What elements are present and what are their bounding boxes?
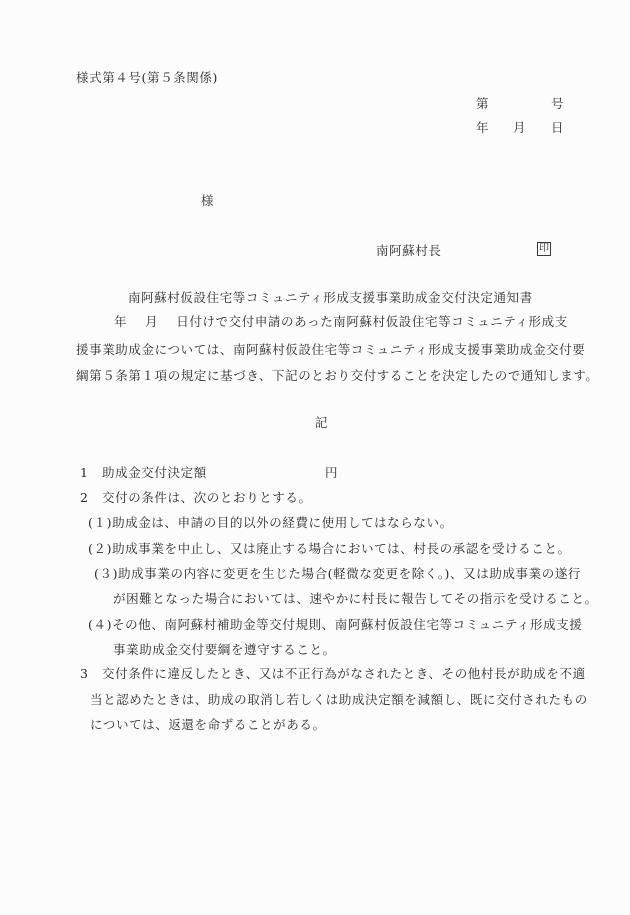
item-3-text-2: 当と認めたときは、助成の取消し若しくは助成決定額を減額し、既に交付されたもの	[90, 694, 588, 707]
condition-2-label: (２)	[88, 541, 112, 556]
condition-4-text-1: その他、南阿蘇村補助金等交付規則、南阿蘇村仮設住宅等コミュニティ形成支援	[112, 617, 582, 632]
ref-number-suffix: 号	[551, 98, 564, 111]
item-3-text-3: については、返還を命ずることがある。	[90, 719, 326, 732]
ki-heading: 記	[315, 417, 328, 430]
condition-2-text: 助成事業を中止し、又は廃止する場合においては、村長の承認を受けること。	[112, 541, 571, 556]
body-date-month: 月	[145, 314, 158, 329]
condition-3-text-2: が困難となった場合においては、速やかに村長に報告してその指示を受けること。	[113, 593, 598, 606]
condition-2: (２)助成事業を中止し、又は廃止する場合においては、村長の承認を受けること。	[88, 543, 571, 556]
item-2-text: 交付の条件は、次のとおりとする。	[102, 492, 312, 505]
condition-3-text-1: 助成事業の内容に変更を生じた場合(軽微な変更を除く。)、又は助成事業の遂行	[118, 566, 581, 581]
date-month: 月	[513, 122, 526, 135]
item-1-unit: 円	[325, 467, 338, 480]
date-day: 日	[551, 122, 564, 135]
condition-4-label: (４)	[88, 617, 112, 632]
seal-icon: 印	[537, 242, 551, 256]
item-2-number: 2	[80, 492, 89, 505]
document-title: 南阿蘇村仮設住宅等コミュニティ形成支援事業助成金交付決定通知書	[128, 292, 533, 305]
body-line-2: 援事業助成金については、南阿蘇村仮設住宅等コミュニティ形成支援事業助成金交付要	[76, 344, 585, 357]
condition-1-text: 助成金は、申請の目的以外の経費に使用してはならない。	[112, 515, 453, 530]
date-year: 年	[476, 122, 489, 135]
item-3-text-1: 交付条件に違反したとき、又は不正行為がなされたとき、その他村長が助成を不適	[102, 668, 586, 681]
condition-1-label: (１)	[88, 515, 112, 530]
ref-number-prefix: 第	[476, 98, 489, 111]
condition-4: (４)その他、南阿蘇村補助金等交付規則、南阿蘇村仮設住宅等コミュニティ形成支援	[88, 619, 582, 632]
condition-1: (１)助成金は、申請の目的以外の経費に使用してはならない。	[88, 517, 453, 530]
body-line-3: 綱第５条第１項の規定に基づき、下記のとおり交付することを決定したので通知します。	[76, 370, 599, 383]
form-label: 様式第４号(第５条関係)	[76, 72, 218, 85]
item-3-number: 3	[80, 668, 89, 681]
condition-3: (３)助成事業の内容に変更を生じた場合(軽微な変更を除く。)、又は助成事業の遂行	[94, 568, 581, 581]
body-line-1-text: 日付けで交付申請のあった南阿蘇村仮設住宅等コミュニティ形成支	[176, 314, 568, 329]
item-1-number: 1	[80, 467, 89, 480]
condition-4-text-2: 事業助成金交付要綱を遵守すること。	[113, 644, 336, 657]
body-date-year: 年	[114, 314, 127, 329]
condition-3-label: (３)	[94, 566, 118, 581]
body-line-1: 年月日付けで交付申請のあった南阿蘇村仮設住宅等コミュニティ形成支	[114, 316, 568, 329]
issuer-name: 南阿蘇村長	[376, 245, 442, 258]
addressee-suffix: 様	[201, 195, 214, 208]
item-1-text: 助成金交付決定額	[102, 467, 207, 480]
